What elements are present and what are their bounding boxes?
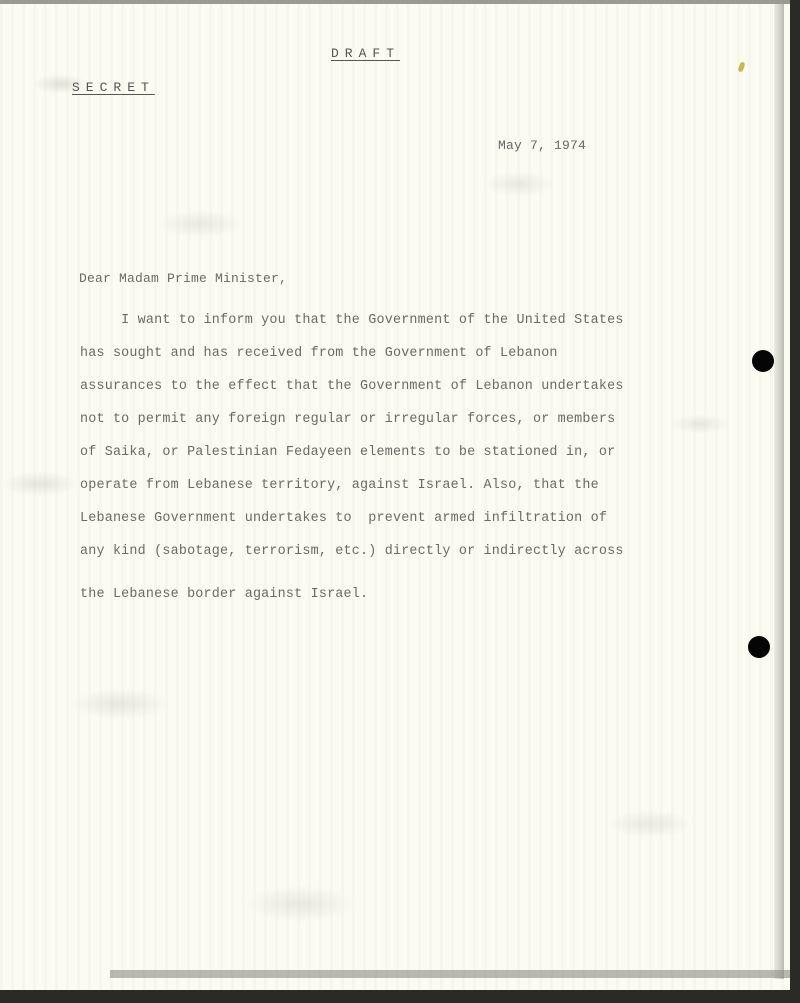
page-edge-shadow	[774, 4, 784, 979]
document-page: DRAFT SECRET May 7, 1974 Dear Madam Prim…	[0, 0, 790, 990]
body-line: has sought and has received from the Gov…	[80, 337, 558, 370]
body-line: I want to inform you that the Government…	[80, 304, 624, 337]
punch-hole	[748, 636, 770, 658]
body-line: of Saika, or Palestinian Fedayeen elemen…	[80, 436, 615, 469]
document-date: May 7, 1974	[498, 138, 586, 153]
body-line: the Lebanese border against Israel.	[80, 578, 368, 611]
page-bottom-shadow	[110, 970, 790, 978]
paper-stain	[737, 61, 745, 72]
punch-hole	[752, 350, 774, 372]
body-line: not to permit any foreign regular or irr…	[80, 403, 615, 436]
salutation: Dear Madam Prime Minister,	[79, 271, 287, 286]
classification-label: SECRET	[72, 80, 155, 95]
body-line: Lebanese Government undertakes to preven…	[80, 502, 607, 535]
body-line: any kind (sabotage, terrorism, etc.) dir…	[80, 535, 624, 568]
draft-label: DRAFT	[331, 46, 400, 61]
body-line: operate from Lebanese territory, against…	[80, 469, 599, 502]
body-line: assurances to the effect that the Govern…	[80, 370, 624, 403]
